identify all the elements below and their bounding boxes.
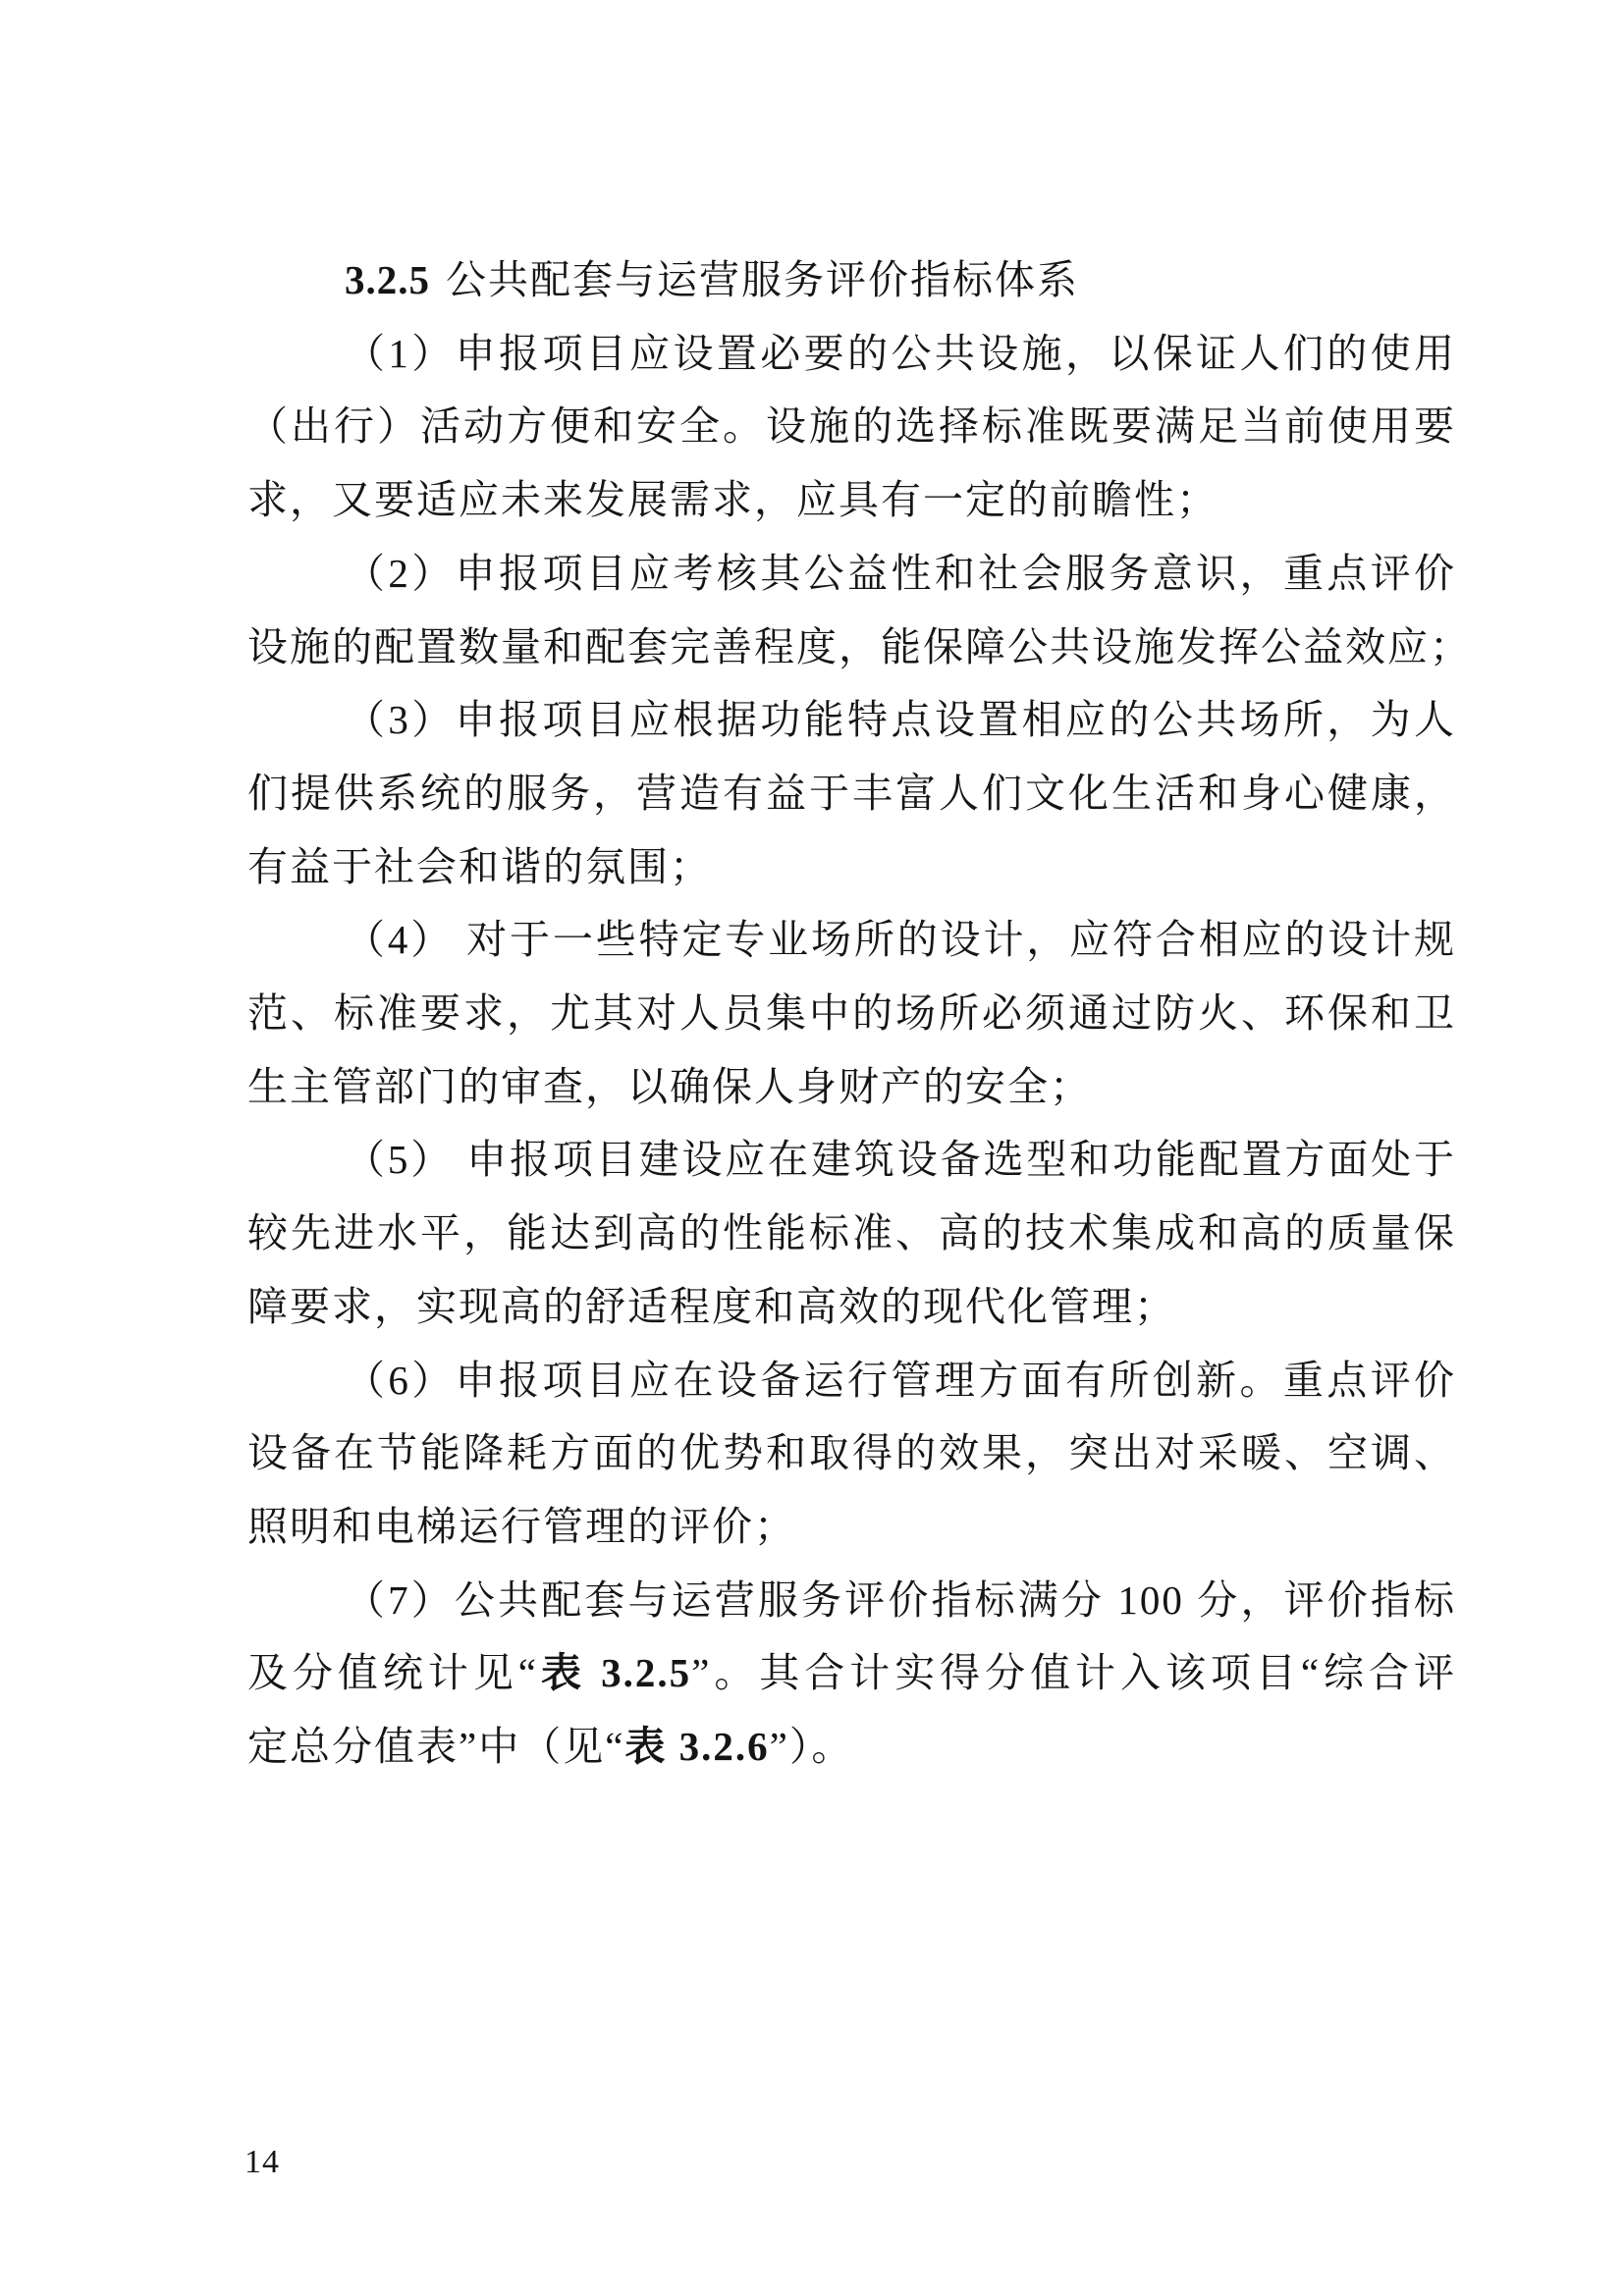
text-segment: ”。其合计实得分值计入该项目“综合评 (691, 1650, 1456, 1695)
paragraph: （4） 对于一些特定专业场所的设计，应符合相应的设计规范、标准要求，尤其对人员集… (247, 903, 1456, 1123)
text-segment: 生主管部门的审查，以确保人身财产的安全； (247, 1064, 1092, 1109)
paragraph: （1）申报项目应设置必要的公共设施，以保证人们的使用（出行）活动方便和安全。设施… (247, 317, 1456, 537)
text-segment: 定总分值表”中（见“ (247, 1724, 624, 1769)
text-segment: 照明和电梯运行管理的评价； (247, 1504, 796, 1549)
text-line: （5） 申报项目建设应在建筑设备选型和功能配置方面处于 (247, 1123, 1456, 1197)
text-line: （7）公共配套与运营服务评价指标满分 100 分，评价指标 (247, 1564, 1456, 1637)
page-number: 14 (244, 2146, 280, 2179)
text-line: 照明和电梯运行管理的评价； (247, 1490, 1456, 1564)
text-segment: （3）申报项目应根据功能特点设置相应的公共场所，为人 (345, 697, 1456, 742)
text-line: 有益于社会和谐的氛围； (247, 830, 1456, 904)
heading-number: 3.2.5 (345, 257, 430, 302)
text-line: （1）申报项目应设置必要的公共设施，以保证人们的使用 (247, 317, 1456, 391)
text-line: 生主管部门的审查，以确保人身财产的安全； (247, 1050, 1456, 1124)
text-segment: ”）。 (770, 1724, 854, 1769)
text-line: （出行）活动方便和安全。设施的选择标准既要满足当前使用要 (247, 390, 1456, 463)
text-segment: （7）公共配套与运营服务评价指标满分 100 分，评价指标 (345, 1577, 1456, 1623)
text-segment: （5） 申报项目建设应在建筑设备选型和功能配置方面处于 (345, 1137, 1456, 1182)
text-segment: 求，又要适应未来发展需求，应具有一定的前瞻性； (247, 477, 1218, 522)
section-heading: 3.2.5公共配套与运营服务评价指标体系 (247, 243, 1456, 317)
text-line: （3）申报项目应根据功能特点设置相应的公共场所，为人 (247, 683, 1456, 757)
text-line: 们提供系统的服务，营造有益于丰富人们文化生活和身心健康， (247, 757, 1456, 830)
text-segment: （4） 对于一些特定专业场所的设计，应符合相应的设计规 (345, 917, 1456, 962)
text-line: 设施的配置数量和配套完善程度，能保障公共设施发挥公益效应； (247, 611, 1456, 684)
text-segment: 范、标准要求，尤其对人员集中的场所必须通过防火、环保和卫 (247, 990, 1456, 1036)
text-segment: 障要求，实现高的舒适程度和高效的现代化管理； (247, 1284, 1176, 1329)
text-line: 及分值统计见“表 3.2.5”。其合计实得分值计入该项目“综合评 (247, 1636, 1456, 1710)
paragraph: （2）申报项目应考核其公益性和社会服务意识，重点评价设施的配置数量和配套完善程度… (247, 537, 1456, 683)
text-line: 设备在节能降耗方面的优势和取得的效果，突出对采暖、空调、 (247, 1416, 1456, 1490)
text-line: 障要求，实现高的舒适程度和高效的现代化管理； (247, 1270, 1456, 1344)
text-line: 较先进水平，能达到高的性能标准、高的技术集成和高的质量保 (247, 1197, 1456, 1270)
heading-title: 公共配套与运营服务评价指标体系 (446, 257, 1079, 302)
text-segment: 们提供系统的服务，营造有益于丰富人们文化生活和身心健康， (247, 771, 1456, 816)
text-segment: 较先进水平，能达到高的性能标准、高的技术集成和高的质量保 (247, 1210, 1456, 1255)
document-page: 3.2.5公共配套与运营服务评价指标体系 （1）申报项目应设置必要的公共设施，以… (0, 0, 1624, 2296)
text-segment: （出行）活动方便和安全。设施的选择标准既要满足当前使用要 (247, 403, 1456, 449)
text-line: （4） 对于一些特定专业场所的设计，应符合相应的设计规 (247, 903, 1456, 977)
text-segment: （1）申报项目应设置必要的公共设施，以保证人们的使用 (345, 331, 1456, 376)
text-segment: 设备在节能降耗方面的优势和取得的效果，突出对采暖、空调、 (247, 1430, 1456, 1475)
paragraph: （7）公共配套与运营服务评价指标满分 100 分，评价指标及分值统计见“表 3.… (247, 1564, 1456, 1784)
text-segment: 表 3.2.5 (538, 1650, 691, 1695)
paragraph: （6）申报项目应在设备运行管理方面有所创新。重点评价设备在节能降耗方面的优势和取… (247, 1344, 1456, 1564)
paragraphs: （1）申报项目应设置必要的公共设施，以保证人们的使用（出行）活动方便和安全。设施… (247, 317, 1456, 1784)
text-line: 求，又要适应未来发展需求，应具有一定的前瞻性； (247, 463, 1456, 537)
text-line: （2）申报项目应考核其公益性和社会服务意识，重点评价 (247, 537, 1456, 611)
text-line: 范、标准要求，尤其对人员集中的场所必须通过防火、环保和卫 (247, 977, 1456, 1050)
text-segment: 设施的配置数量和配套完善程度，能保障公共设施发挥公益效应； (247, 624, 1472, 669)
text-segment: 有益于社会和谐的氛围； (247, 844, 712, 889)
text-block: 3.2.5公共配套与运营服务评价指标体系 （1）申报项目应设置必要的公共设施，以… (247, 243, 1456, 1784)
text-segment: （6）申报项目应在设备运行管理方面有所创新。重点评价 (345, 1358, 1456, 1403)
text-line: 定总分值表”中（见“表 3.2.6”）。 (247, 1710, 1456, 1784)
text-segment: （2）申报项目应考核其公益性和社会服务意识，重点评价 (345, 551, 1456, 596)
text-segment: 表 3.2.6 (624, 1724, 769, 1769)
paragraph: （5） 申报项目建设应在建筑设备选型和功能配置方面处于较先进水平，能达到高的性能… (247, 1123, 1456, 1343)
text-line: （6）申报项目应在设备运行管理方面有所创新。重点评价 (247, 1344, 1456, 1417)
text-segment: 及分值统计见“ (247, 1650, 538, 1695)
paragraph: （3）申报项目应根据功能特点设置相应的公共场所，为人们提供系统的服务，营造有益于… (247, 683, 1456, 903)
